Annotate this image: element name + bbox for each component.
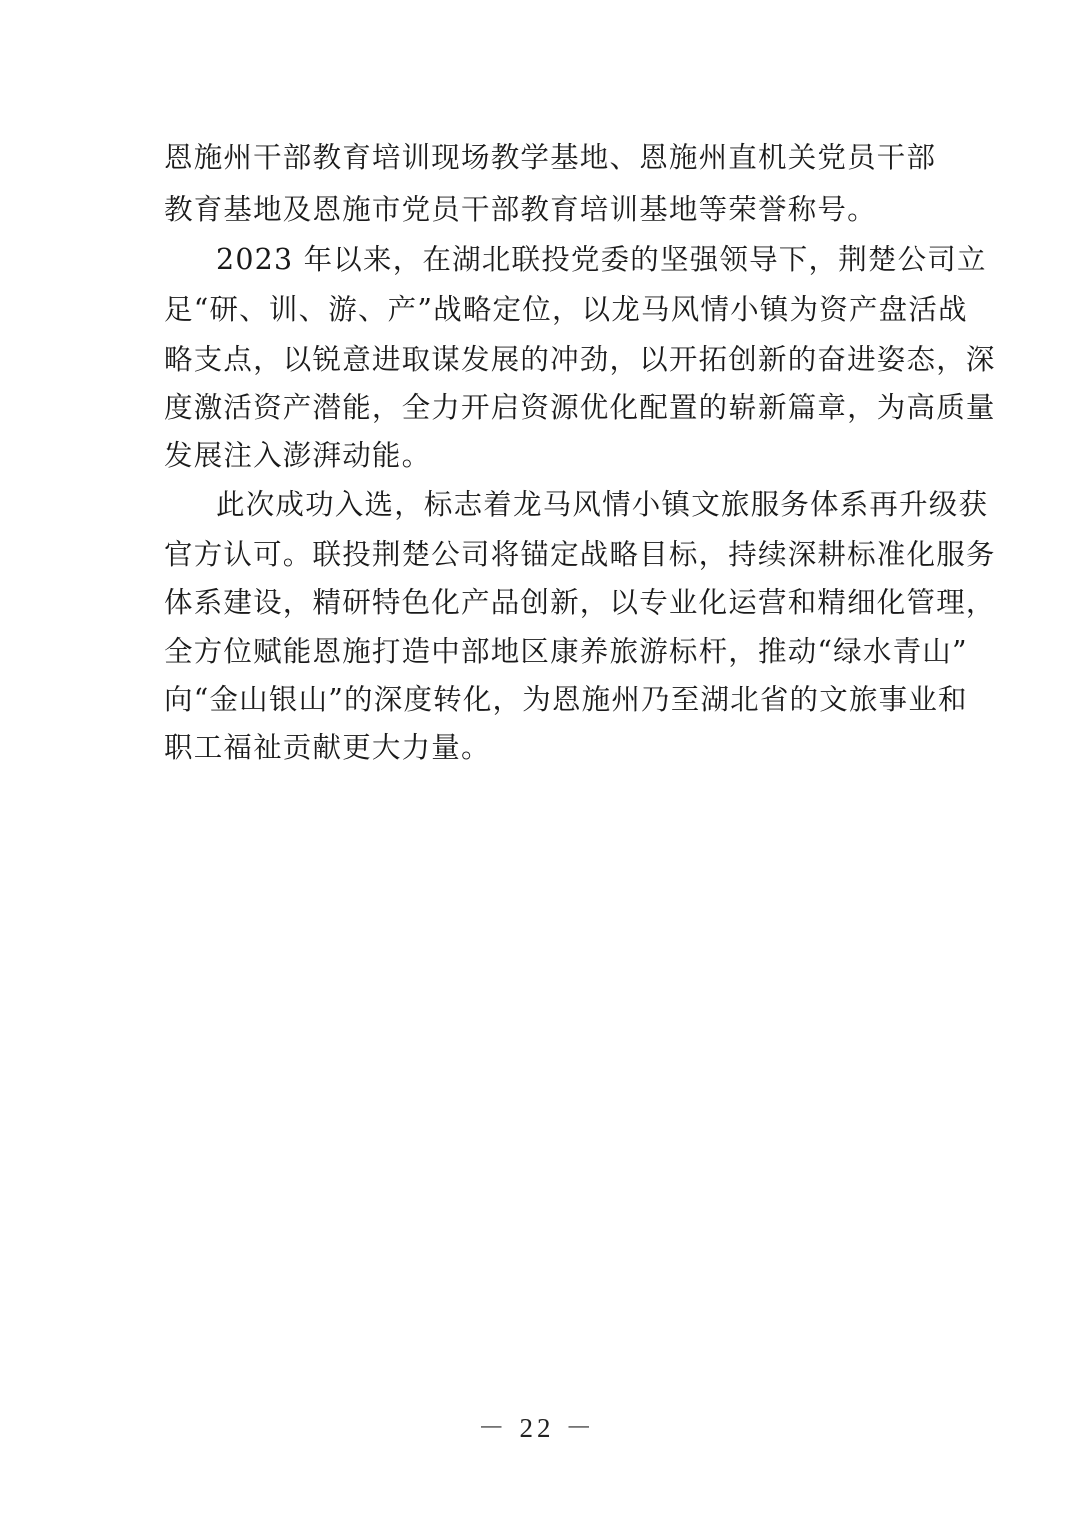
paragraph-1-line-1: 恩施州干部教育培训现场教学基地、恩施州直机关党员干部	[164, 138, 914, 178]
paragraph-1-line-2: 教育基地及恩施市党员干部教育培训基地等荣誉称号。	[164, 190, 914, 230]
paragraph-2-line-1: 2023 年以来，在湖北联投党委的坚强领导下，荆楚公司立	[216, 240, 914, 280]
paragraph-3-line-3: 体系建设，精研特色化产品创新，以专业化运营和精细化管理，	[164, 583, 914, 623]
paragraph-2-line-5: 发展注入澎湃动能。	[164, 436, 914, 476]
document-page: 恩施州干部教育培训现场教学基地、恩施州直机关党员干部 教育基地及恩施市党员干部教…	[0, 0, 1074, 1520]
paragraph-3-line-4: 全方位赋能恩施打造中部地区康养旅游标杆，推动“绿水青山”	[164, 632, 914, 672]
paragraph-3-line-2: 官方认可。联投荆楚公司将锚定战略目标，持续深耕标准化服务	[164, 535, 914, 575]
paragraph-2-line-4: 度激活资产潜能，全力开启资源优化配置的崭新篇章，为高质量	[164, 388, 914, 428]
paragraph-3-line-6: 职工福祉贡献更大力量。	[164, 728, 914, 768]
paragraph-3-line-1: 此次成功入选，标志着龙马风情小镇文旅服务体系再升级获	[216, 485, 914, 525]
paragraph-3-line-5: 向“金山银山”的深度转化，为恩施州乃至湖北省的文旅事业和	[164, 680, 914, 720]
paragraph-2-line-3: 略支点，以锐意进取谋发展的冲劲，以开拓创新的奋进姿态，深	[164, 340, 914, 380]
paragraph-2-line-2: 足“研、训、游、产”战略定位，以龙马风情小镇为资产盘活战	[164, 290, 914, 330]
page-number: － 22 －	[0, 1410, 1074, 1446]
